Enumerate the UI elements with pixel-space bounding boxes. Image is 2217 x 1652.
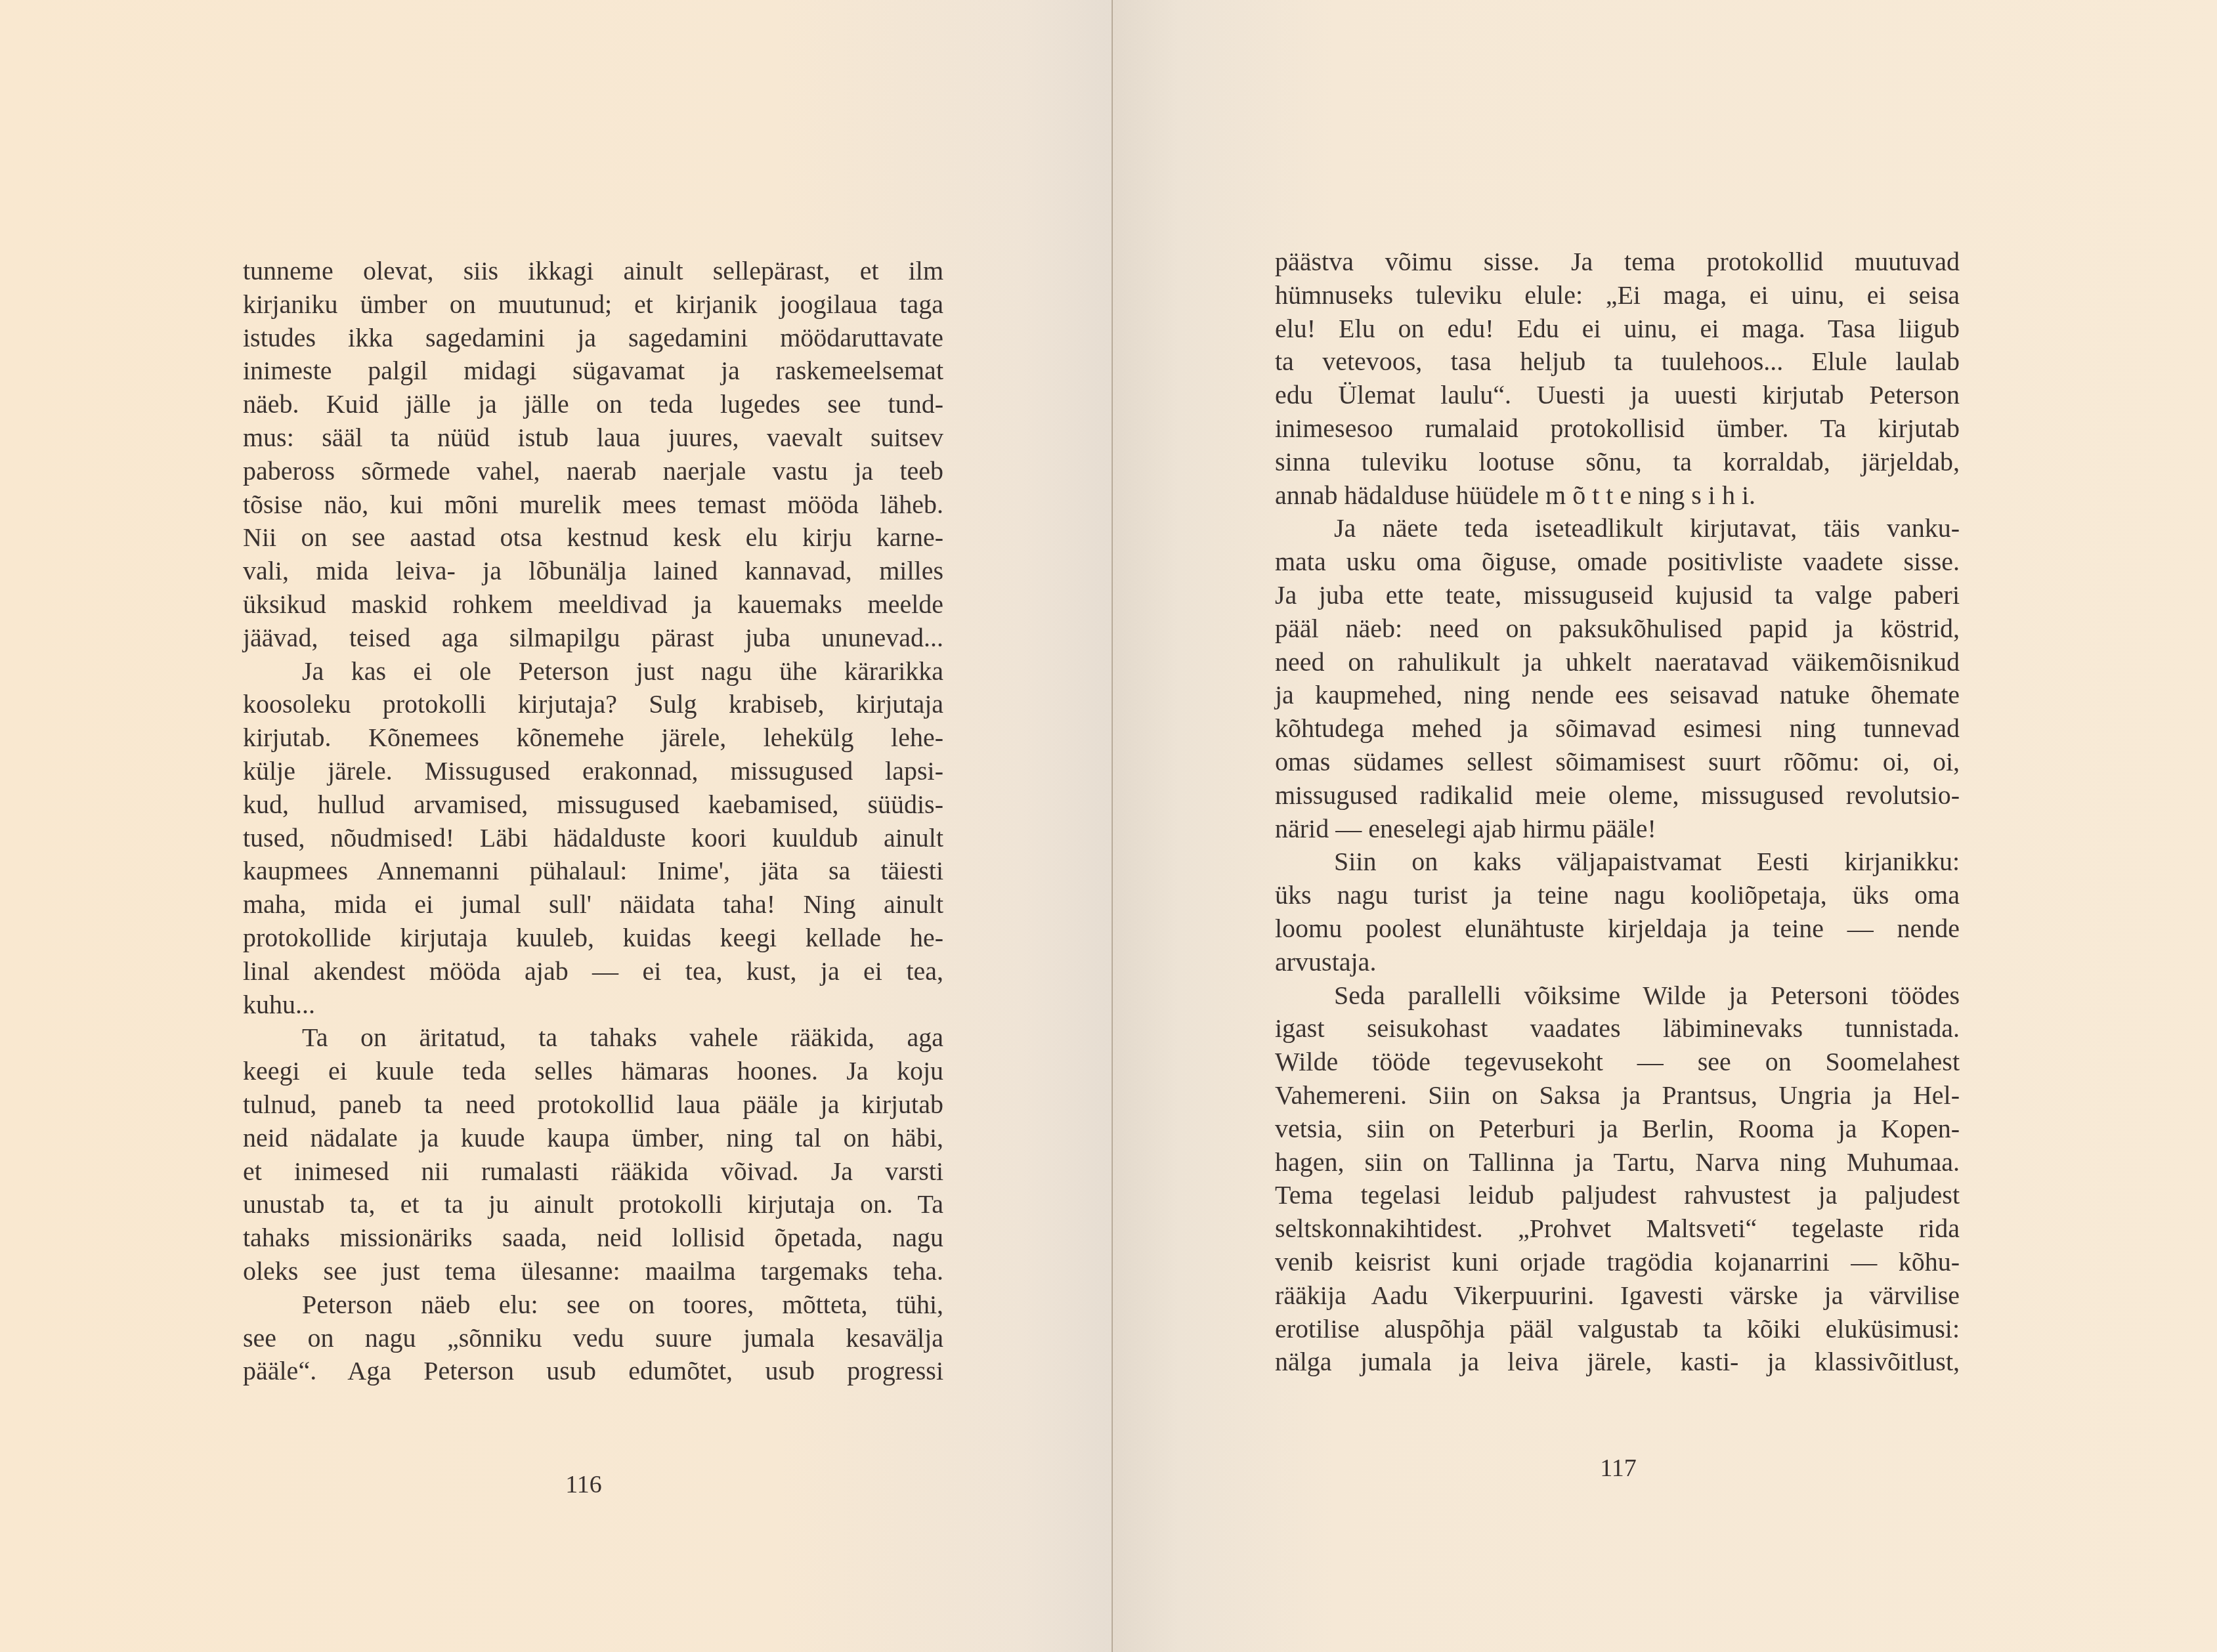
text-line: vali, mida leiva- ja lõbunälja lained ka…	[243, 555, 943, 588]
text-line: loomu poolest elunähtuste kirjeldaja ja …	[1275, 912, 1960, 946]
text-line: inimeste palgil midagi sügavamat ja rask…	[243, 354, 943, 388]
text-line: kaupmees Annemanni pühalaul: Inime', jät…	[243, 855, 943, 888]
text-line: kuhu...	[243, 988, 943, 1022]
left-page-number: 116	[518, 1470, 649, 1499]
text-line: rääkija Aadu Vikerpuurini. Igavesti värs…	[1275, 1279, 1960, 1313]
text-line: erotilise aluspõhja pääl valgustab ta kõ…	[1275, 1313, 1960, 1346]
text-line: külje järele. Missugused erakonnad, miss…	[243, 755, 943, 788]
text-line: Tema tegelasi leidub paljudest rahvustes…	[1275, 1179, 1960, 1212]
text-line: vetsia, siin on Peterburi ja Berlin, Roo…	[1275, 1112, 1960, 1146]
text-line: hümnuseks tuleviku elule: „Ei maga, ei u…	[1275, 279, 1960, 312]
text-line: kirjaniku ümber on muutunud; et kirjanik…	[243, 288, 943, 322]
text-line: tulnud, paneb ta need protokollid laua p…	[243, 1088, 943, 1122]
text-line: omas südames sellest sõimamisest suurt r…	[1275, 746, 1960, 779]
text-line: maha, mida ei jumal sull' näidata taha! …	[243, 888, 943, 921]
text-line: näeb. Kuid jälle ja jälle on teda lugede…	[243, 388, 943, 421]
text-line: elu! Elu on edu! Edu ei uinu, ei maga. T…	[1275, 312, 1960, 346]
text-line: Seda parallelli võiksime Wilde ja Peters…	[1275, 979, 1960, 1013]
text-line: tõsise näo, kui mõni murelik mees temast…	[243, 488, 943, 522]
text-line: mus: sääl ta nüüd istub laua juures, vae…	[243, 421, 943, 455]
right-page-text: päästva võimu sisse. Ja tema protokollid…	[1275, 245, 1960, 1379]
text-line: hagen, siin on Tallinna ja Tartu, Narva …	[1275, 1146, 1960, 1179]
text-line: keegi ei kuule teda selles hämaras hoone…	[243, 1055, 943, 1088]
text-line: edu Ülemat laulu“. Uuesti ja uuesti kirj…	[1275, 379, 1960, 412]
text-line: linal akendest mööda ajab — ei tea, kust…	[243, 955, 943, 988]
text-line: jäävad, teised aga silmapilgu pärast jub…	[243, 622, 943, 655]
text-line: pääl näeb: need on paksukõhulised papid …	[1275, 612, 1960, 646]
text-line: oleks see just tema ülesanne: maailma ta…	[243, 1255, 943, 1288]
text-line: sinna tuleviku lootuse sõnu, ta korralda…	[1275, 446, 1960, 479]
left-page-text: tunneme olevat, siis ikkagi ainult selle…	[243, 255, 943, 1388]
text-line: igast seisukohast vaadates läbiminevaks …	[1275, 1012, 1960, 1046]
right-page-number: 117	[1553, 1454, 1684, 1483]
text-line: istudes ikka sagedamini ja sagedamini mö…	[243, 322, 943, 355]
text-line: tunneme olevat, siis ikkagi ainult selle…	[243, 255, 943, 288]
text-line: et inimesed nii rumalasti rääkida võivad…	[243, 1155, 943, 1189]
text-line: Siin on kaks väljapaistvamat Eesti kirja…	[1275, 845, 1960, 879]
text-line: annab hädalduse hüüdele m õ t t e ning s…	[1275, 479, 1960, 513]
text-line: nälga jumala ja leiva järele, kasti- ja …	[1275, 1345, 1960, 1379]
text-line: unustab ta, et ta ju ainult protokolli k…	[243, 1188, 943, 1221]
text-line: Ja näete teda iseteadlikult kirjutavat, …	[1275, 512, 1960, 545]
left-page: tunneme olevat, siis ikkagi ainult selle…	[0, 0, 1113, 1652]
text-line: päästva võimu sisse. Ja tema protokollid…	[1275, 245, 1960, 279]
text-line: tahaks missionäriks saada, neid lollisid…	[243, 1221, 943, 1255]
text-line: need on rahulikult ja uhkelt naeratavad …	[1275, 646, 1960, 679]
text-line: protokollide kirjutaja kuuleb, kuidas ke…	[243, 921, 943, 955]
text-line: pabeross sõrmede vahel, naerab naerjale …	[243, 455, 943, 488]
right-page: päästva võimu sisse. Ja tema protokollid…	[1113, 0, 2217, 1652]
book-spread: tunneme olevat, siis ikkagi ainult selle…	[0, 0, 2217, 1652]
text-line: venib keisrist kuni orjade tragödia koja…	[1275, 1246, 1960, 1279]
text-line: arvustaja.	[1275, 946, 1960, 979]
text-line: Ja kas ei ole Peterson just nagu ühe kär…	[243, 655, 943, 688]
text-line: seltskonnakihtidest. „Prohvet Maltsveti“…	[1275, 1212, 1960, 1246]
text-line: kõhtudega mehed ja sõimavad esimesi ning…	[1275, 712, 1960, 746]
text-line: ja kaupmehed, ning nende ees seisavad na…	[1275, 679, 1960, 712]
text-line: inimesesoo rumalaid protokollisid ümber.…	[1275, 412, 1960, 446]
text-line: koosoleku protokolli kirjutaja? Sulg kra…	[243, 688, 943, 721]
text-line: pääle“. Aga Peterson usub edumõtet, usub…	[243, 1355, 943, 1388]
text-line: Wilde tööde tegevusekoht — see on Soomel…	[1275, 1046, 1960, 1079]
text-line: kud, hullud arvamised, missugused kaebam…	[243, 788, 943, 822]
text-line: mata usku oma õiguse, omade positivliste…	[1275, 545, 1960, 579]
text-line: neid nädalate ja kuude kaupa ümber, ning…	[243, 1122, 943, 1155]
text-line: Ta on äritatud, ta tahaks vahele rääkida…	[243, 1021, 943, 1055]
text-line: missugused radikalid meie oleme, missugu…	[1275, 779, 1960, 813]
text-line: üks nagu turist ja teine nagu kooliõpeta…	[1275, 879, 1960, 912]
text-line: Ja juba ette teate, missuguseid kujusid …	[1275, 579, 1960, 612]
text-line: Peterson näeb elu: see on toores, mõttet…	[243, 1288, 943, 1322]
text-line: närid — eneselegi ajab hirmu pääle!	[1275, 813, 1960, 846]
text-line: Vahemereni. Siin on Saksa ja Prantsus, U…	[1275, 1079, 1960, 1112]
text-line: tused, nõudmised! Läbi hädalduste koori …	[243, 822, 943, 855]
text-line: Nii on see aastad otsa kestnud kesk elu …	[243, 521, 943, 555]
text-line: üksikud maskid rohkem meeldivad ja kauem…	[243, 588, 943, 622]
text-line: see on nagu „sõnniku vedu suure jumala k…	[243, 1322, 943, 1355]
text-line: ta vetevoos, tasa heljub ta tuulehoos...…	[1275, 345, 1960, 379]
text-line: kirjutab. Kõnemees kõnemehe järele, lehe…	[243, 721, 943, 755]
